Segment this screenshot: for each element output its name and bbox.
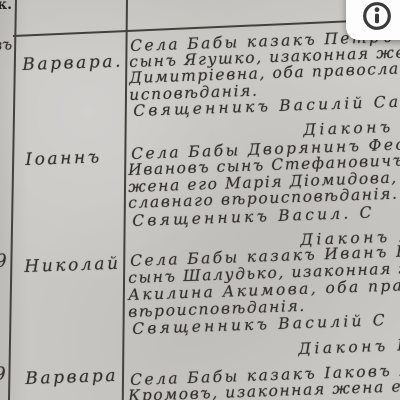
entry-margin-number: 9 <box>0 364 6 385</box>
entry-name: Іоаннъ <box>25 147 102 170</box>
entry-name: Варвара. <box>22 51 123 75</box>
margin-handwriting-fragment: въ <box>0 35 12 54</box>
record-scan: к. въ Варвара. Села Бабы казакъ Петръ сы… <box>0 0 400 400</box>
entry-name: Варвара <box>25 366 118 389</box>
deacon-signature-line: Діаконъ Ю <box>298 336 400 358</box>
printed-header-fragment: к. <box>0 0 12 13</box>
entry-name: Николай <box>24 254 121 277</box>
column-divider-margin <box>7 0 16 400</box>
entry-margin-number: 9 <box>0 251 7 272</box>
info-circle-icon <box>362 1 392 31</box>
info-button[interactable] <box>346 0 400 40</box>
